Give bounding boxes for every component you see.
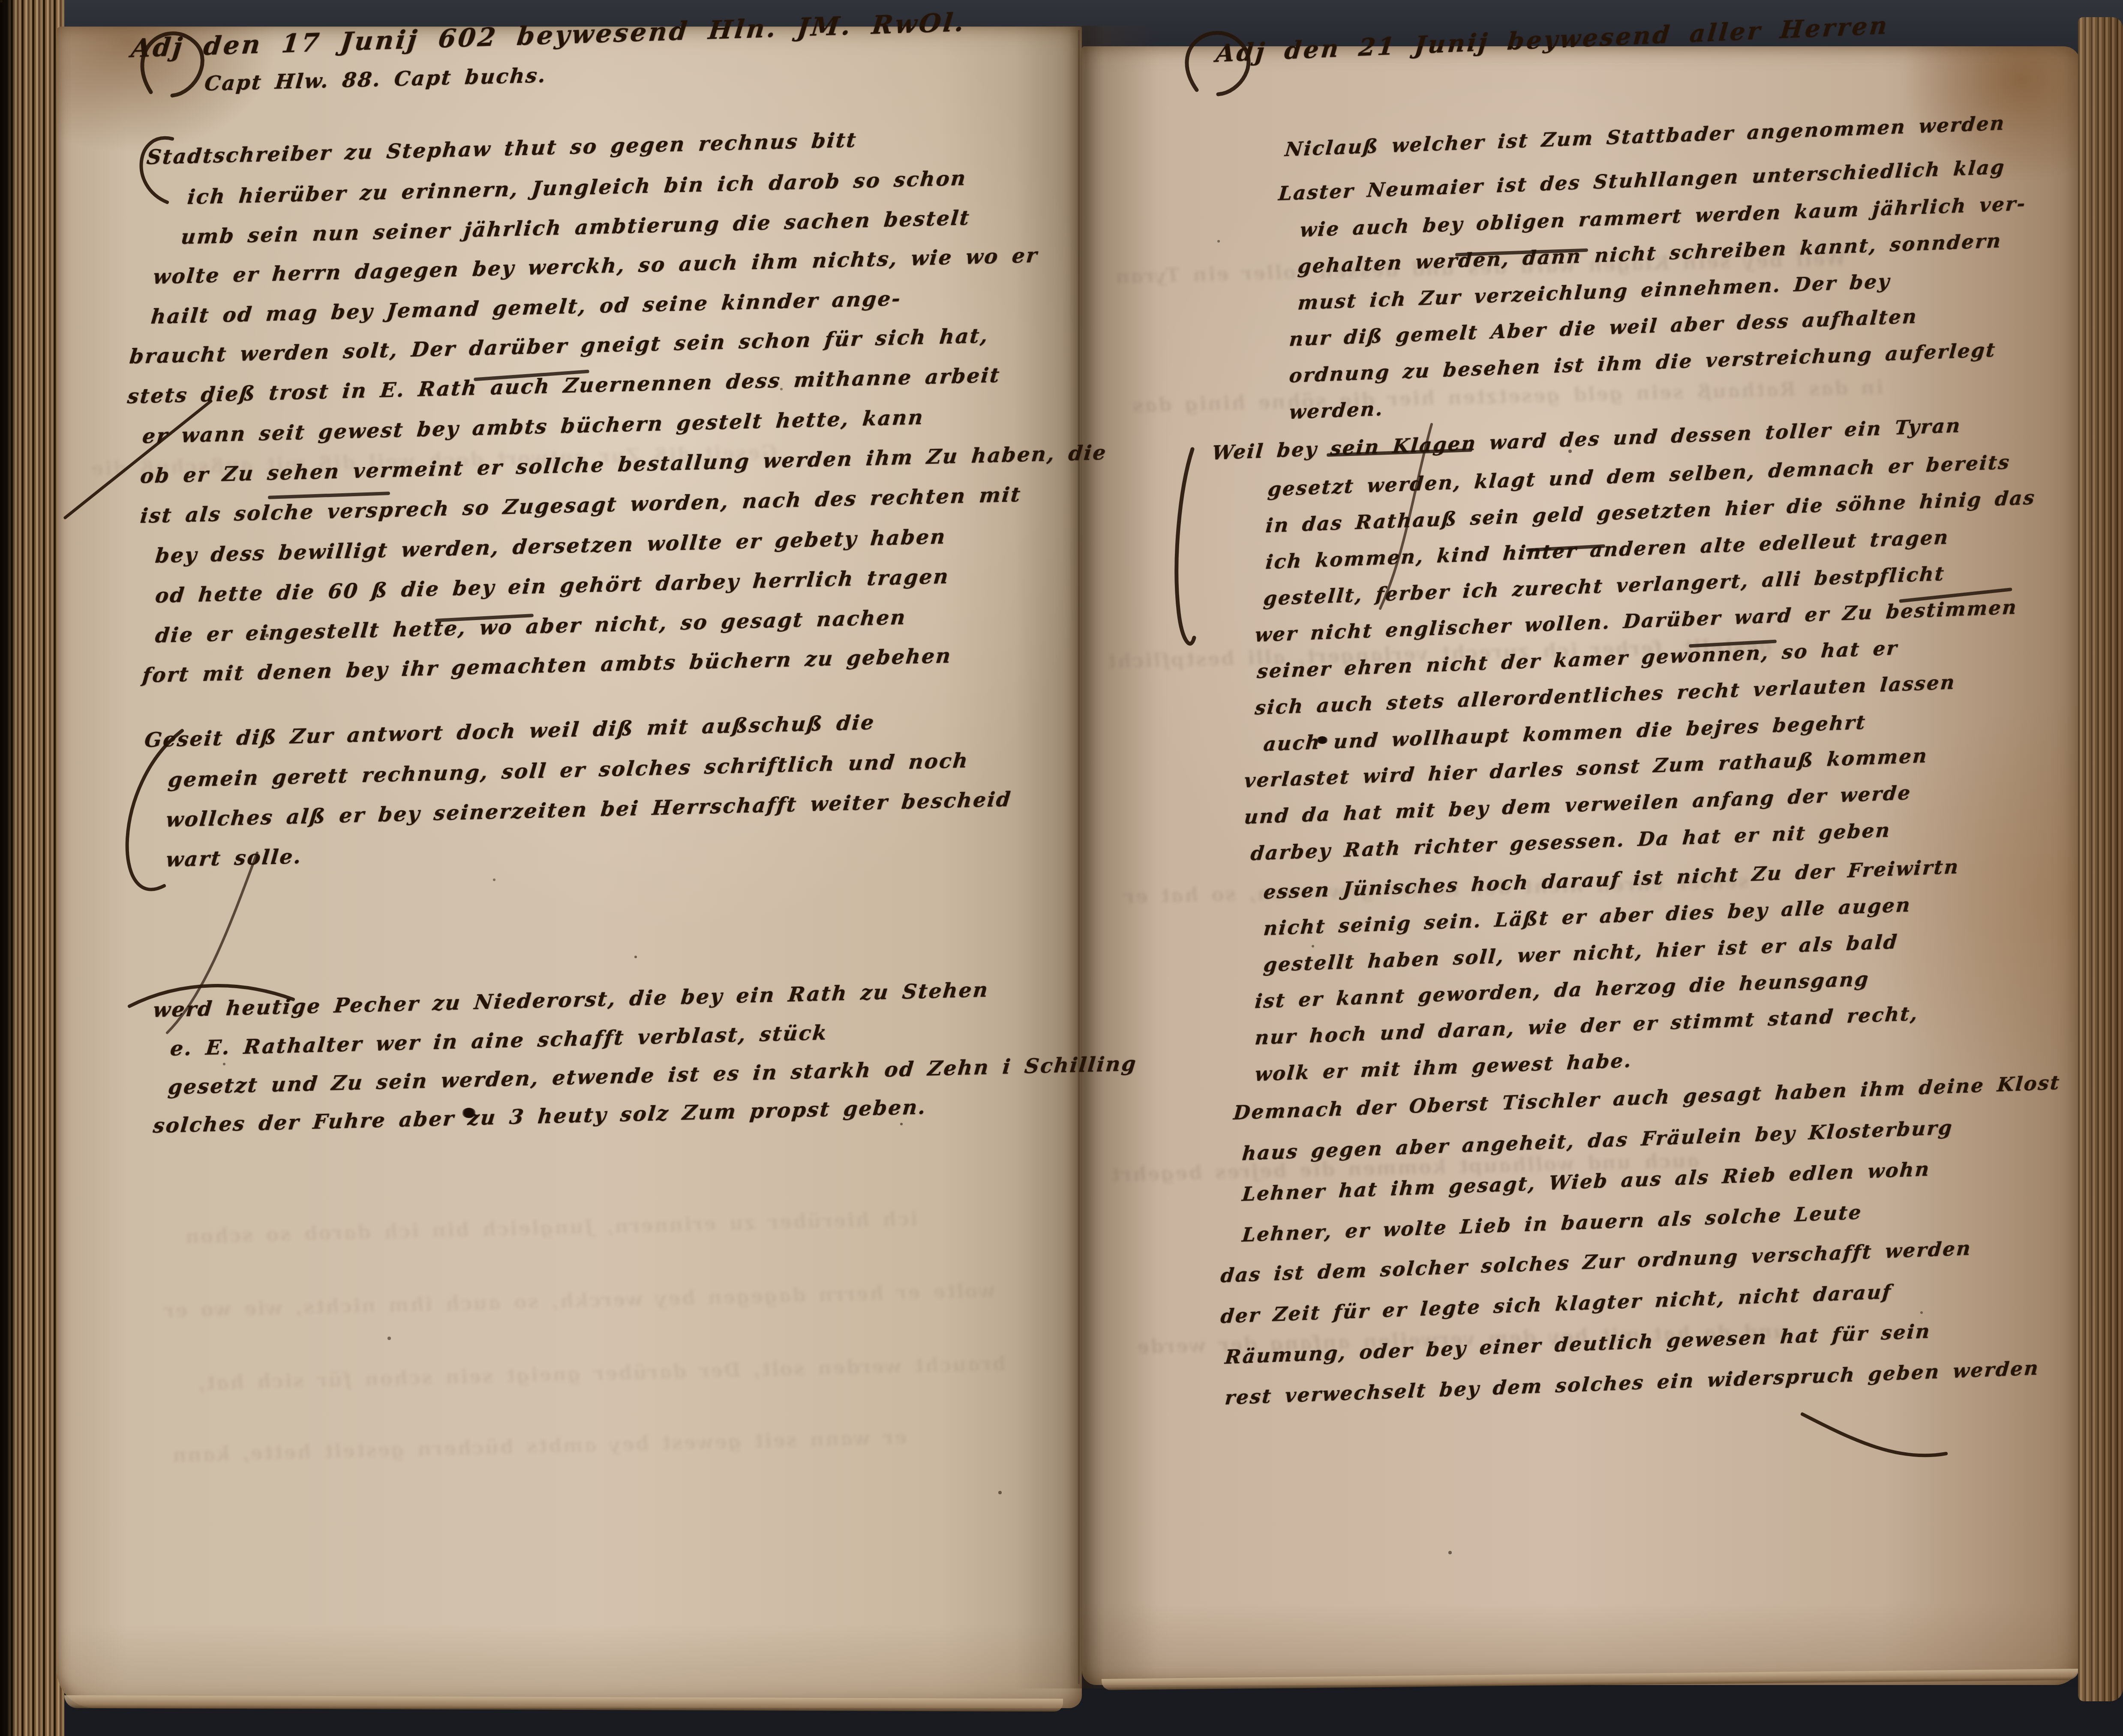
manuscript-line: wart solle. — [165, 845, 303, 872]
binding-page-edges-left — [0, 0, 64, 1736]
manuscript-line: werden. — [1288, 397, 1384, 423]
ink-blot — [462, 1108, 476, 1118]
fore-edge-page-stack-right — [2078, 17, 2123, 1701]
manuscript-scan: ich hierüber zu erinnern, Jungleich bin … — [0, 0, 2123, 1736]
paper-specks — [0, 0, 3, 3]
gutter-crease-line — [1078, 30, 1080, 1684]
ink-blot — [1317, 736, 1328, 744]
